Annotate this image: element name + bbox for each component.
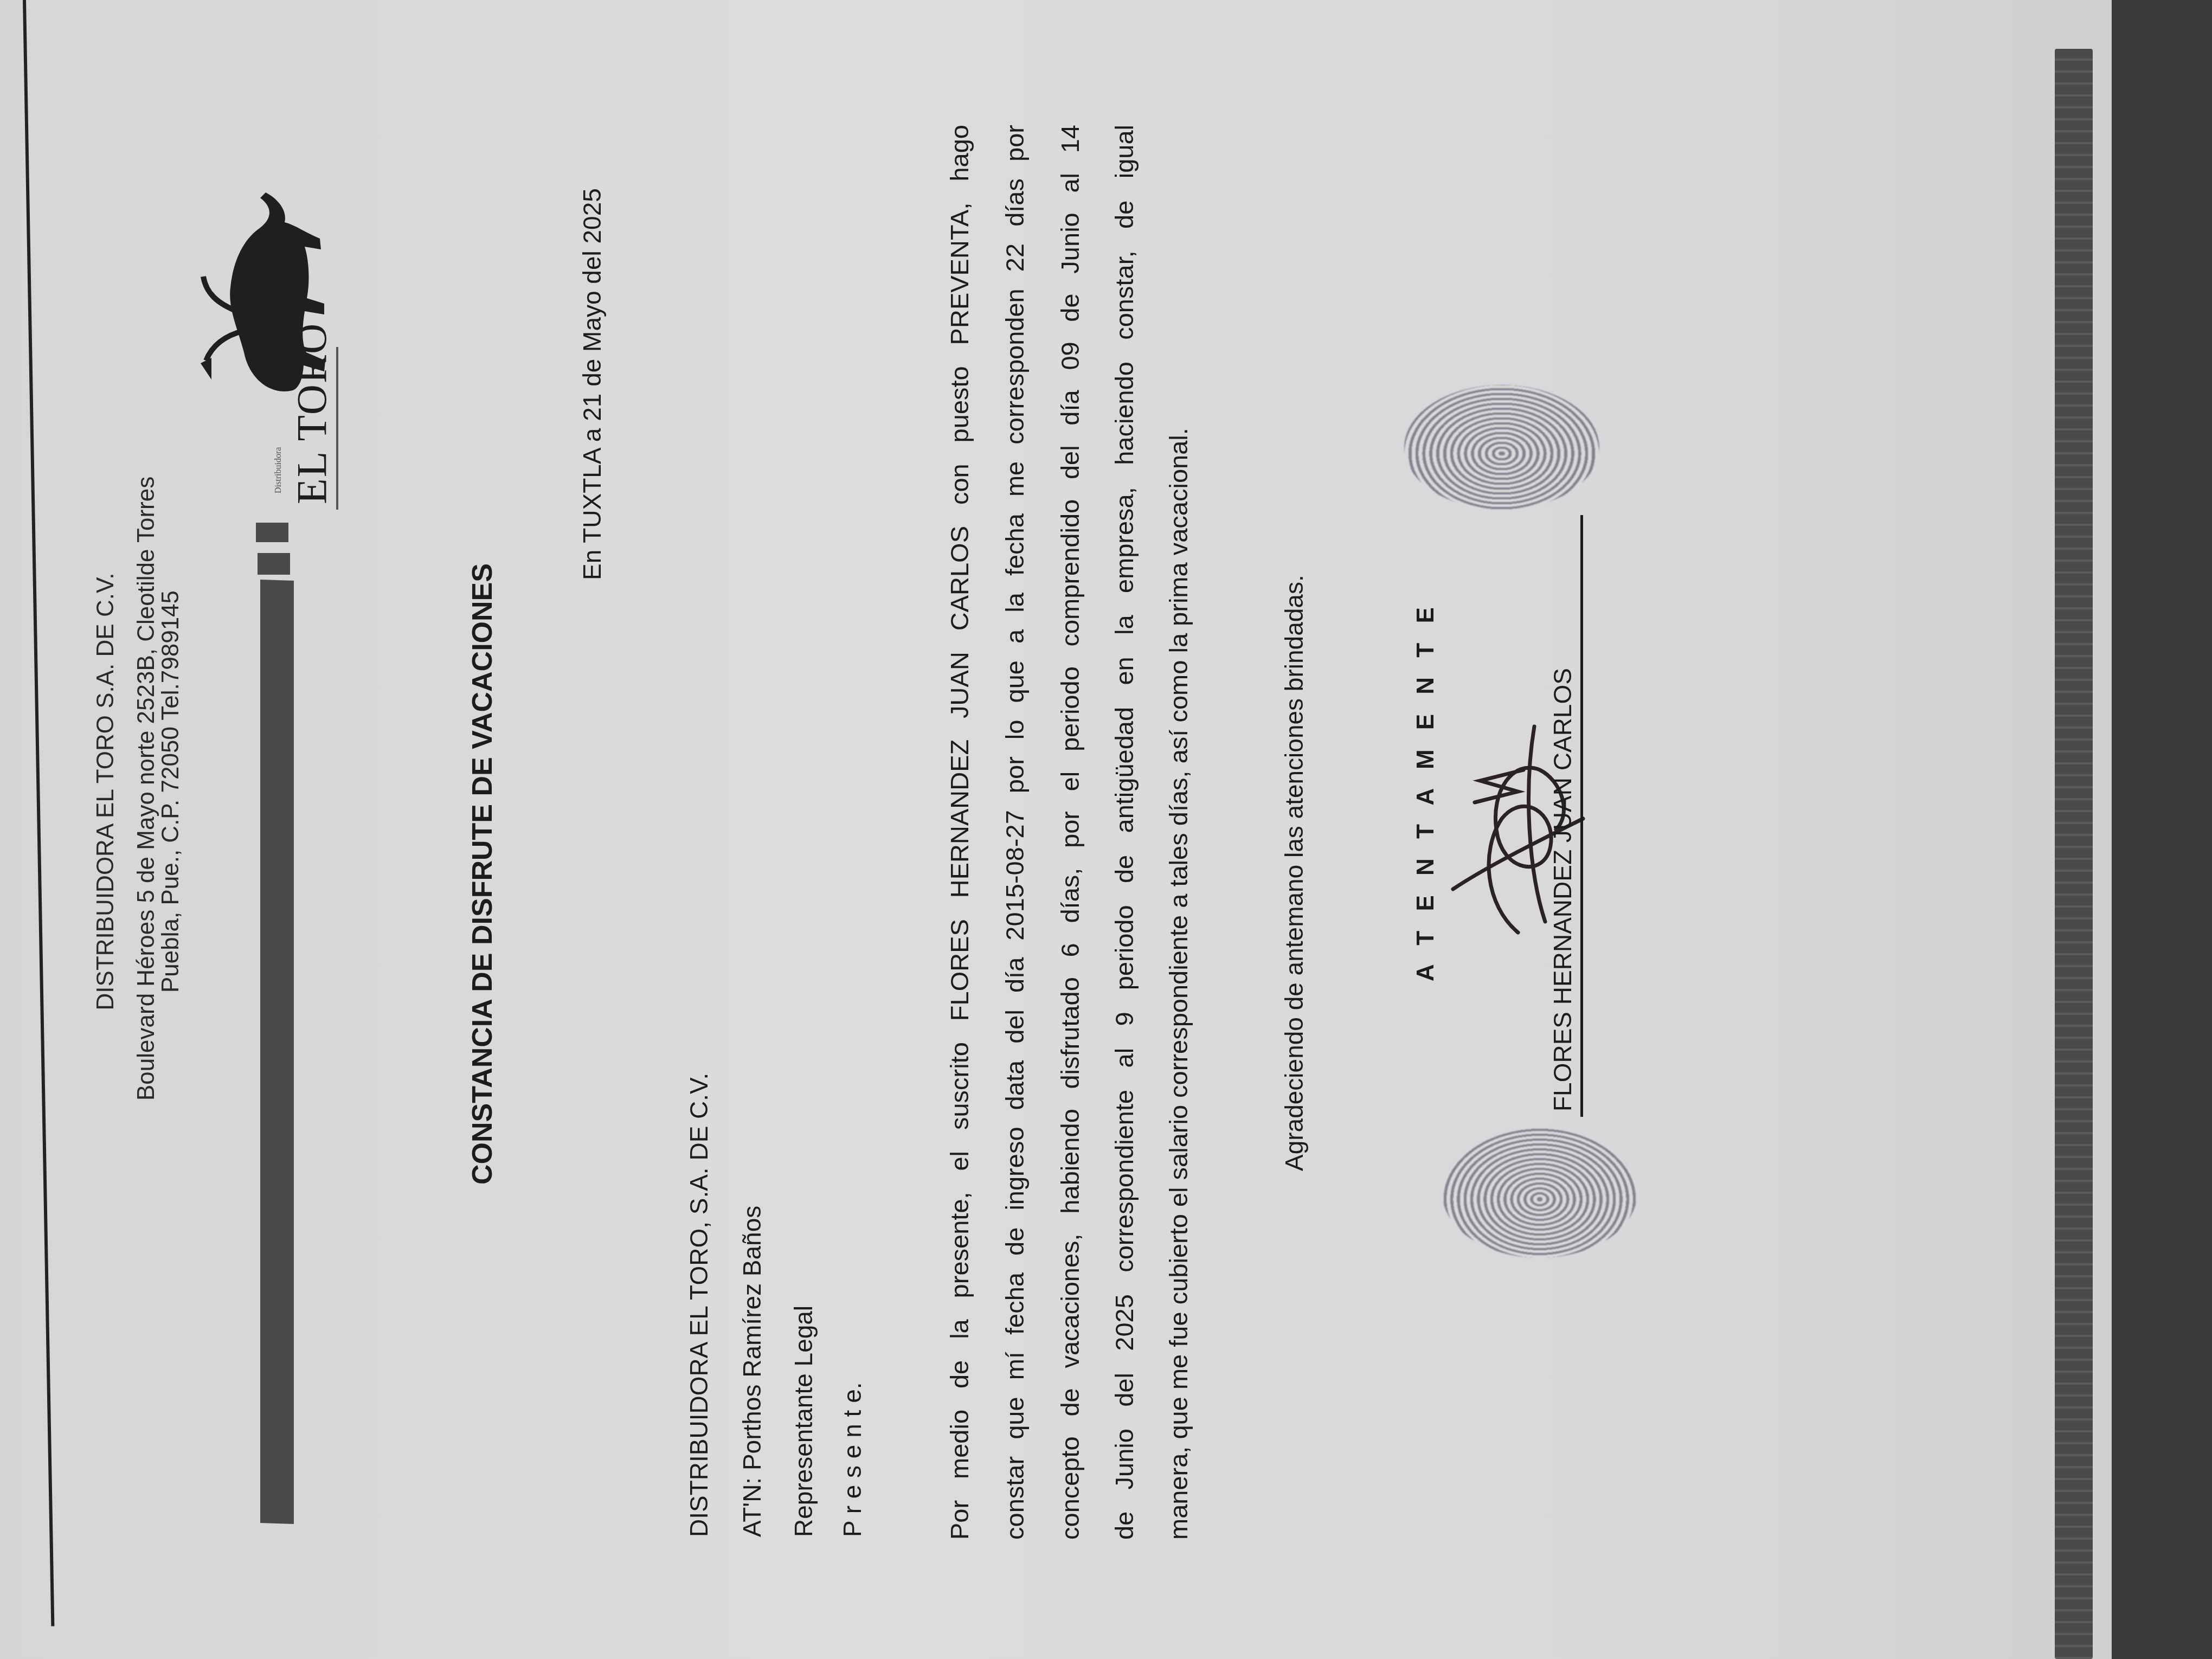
letterhead-bar-short-1 (258, 553, 290, 575)
closing-line: Agradeciendo de antemano las atenciones … (1279, 575, 1309, 1171)
document-title: CONSTANCIA DE DISFRUTE DE VACACIONES (466, 563, 499, 1185)
signature-line (1580, 515, 1583, 1117)
body-line: constar que mí fecha de ingreso data del… (1000, 125, 1030, 1540)
recipient-greeting: P r e s e n t e. (838, 1382, 867, 1537)
document-page: DISTRIBUIDORA EL TORO S.A. DE C.V. Boule… (0, 0, 2114, 1659)
fingerprint-right (1404, 385, 1599, 510)
letterhead-address-line2: Puebla, Pue., C.P. 72050 Tel.7989145 (157, 483, 184, 1101)
signer-name: FLORES HERNANDEZ JUAN CARLOS (1548, 668, 1577, 1111)
fingerprint-left (1442, 1128, 1637, 1258)
body-line: de Junio del 2025 correspondiente al 9 p… (1109, 125, 1139, 1540)
table-surface (2112, 0, 2212, 1659)
recipient-role: Representante Legal (789, 1306, 818, 1537)
letterhead-bar-long (260, 580, 294, 1524)
logo-small-text: Distribuidora (274, 447, 284, 493)
letterhead-address-line1: Boulevard Héroes 5 de Mayo norte 2523B, … (133, 483, 160, 1101)
recipient-company: DISTRIBUIDORA EL TORO, S.A. DE C.V. (684, 1073, 713, 1537)
letterhead-bar-short-2 (256, 523, 288, 542)
body-line-last: manera, que me fue cubierto el salario c… (1163, 428, 1193, 1540)
letterhead-company: DISTRIBUIDORA EL TORO S.A. DE C.V. (92, 483, 119, 1101)
body-line: concepto de vacaciones, habiendo disfrut… (1055, 125, 1085, 1540)
bull-icon (179, 184, 342, 412)
date-line: En TUXTLA a 21 de Mayo del 2025 (577, 188, 607, 580)
body-line: Por medio de la presente, el suscrito FL… (944, 125, 974, 1540)
recipient-attention: AT'N: Porthos Ramírez Baños (737, 1206, 767, 1537)
